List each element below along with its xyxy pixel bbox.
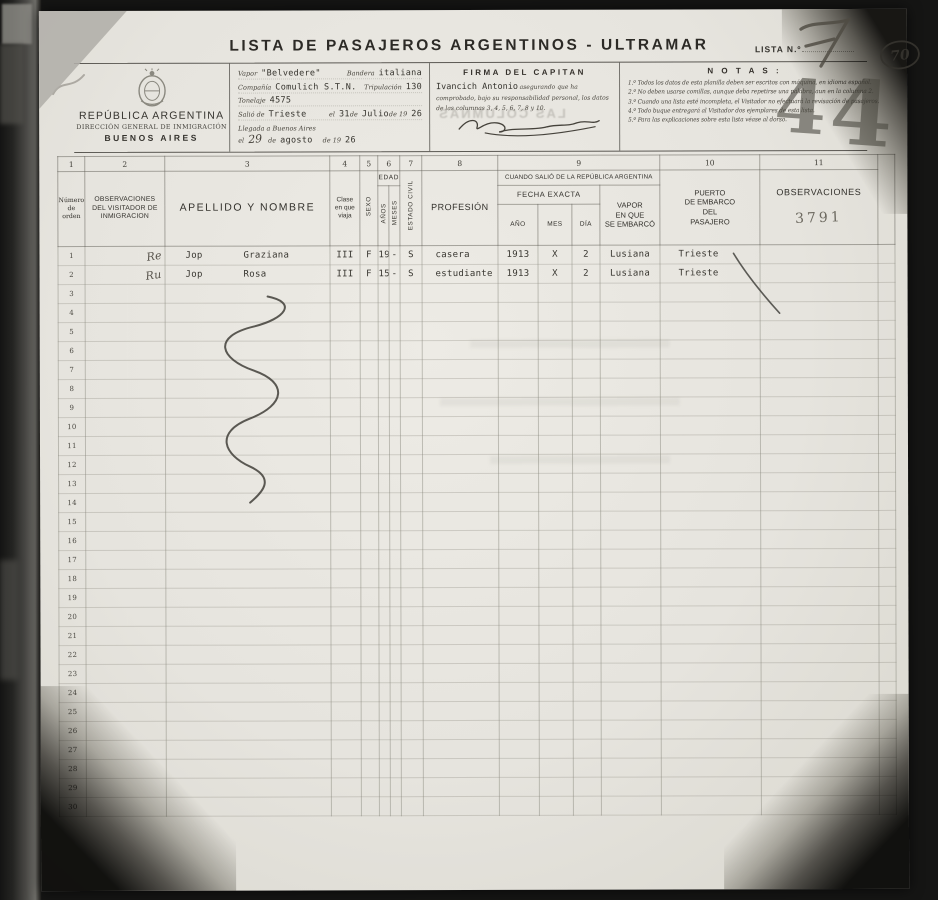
header-puerto: PUERTO DE EMBARCO DEL PASAJERO	[660, 170, 760, 245]
cell-puerto	[661, 682, 761, 701]
cell-observaciones	[761, 586, 879, 605]
cell-row-number: 16	[59, 532, 86, 551]
cell-puerto	[660, 378, 760, 397]
cell-margin-strip	[879, 795, 896, 814]
given-name-text: Rosa	[244, 270, 267, 280]
el-label: el	[329, 110, 335, 118]
cell-salida-dia	[573, 473, 601, 492]
cell-clase	[330, 398, 360, 417]
cell-clase	[330, 341, 360, 360]
cell-puerto: Trieste	[660, 245, 760, 264]
cell-sexo	[361, 550, 379, 569]
cell-profesion	[423, 606, 499, 625]
llegada-label: Llegada a Buenos Aires	[238, 124, 316, 132]
cell-row-number: 18	[59, 570, 86, 589]
cell-estado-civil	[401, 664, 423, 683]
cell-meses	[390, 740, 401, 759]
cell-margin-strip	[879, 567, 896, 586]
llegada-mes: agosto	[280, 135, 313, 145]
agency-city: BUENOS AIRES	[104, 133, 198, 143]
cell-salida-dia	[572, 302, 600, 321]
cell-vapor	[601, 777, 661, 796]
cell-clase	[331, 702, 361, 721]
cell-visitador-mark	[86, 455, 166, 474]
cell-profesion	[422, 435, 498, 454]
cell-apellido-nombre	[165, 284, 330, 303]
cell-meses	[390, 474, 401, 493]
cell-row-number: 14	[59, 494, 86, 513]
cell-meses	[389, 341, 400, 360]
cell-sexo	[361, 588, 379, 607]
cell-salida-dia	[572, 397, 600, 416]
cell-salida-mes	[539, 568, 573, 587]
cell-meses	[389, 303, 400, 322]
cell-salida-dia	[573, 530, 601, 549]
cell-clase	[331, 778, 361, 797]
cell-salida-mes	[539, 777, 573, 796]
header-estado-civil-label: ESTADO CIVIL	[407, 181, 414, 231]
cell-salida-mes	[539, 682, 573, 701]
cell-profesion	[423, 549, 499, 568]
cell-vapor	[601, 473, 661, 492]
salida-row: Salió de Trieste el 31 de Julio de 19 26	[238, 109, 422, 120]
cell-sexo	[361, 740, 379, 759]
cell-observaciones	[760, 377, 878, 396]
cell-salida-mes	[538, 435, 572, 454]
cell-row-number: 23	[59, 665, 86, 684]
cell-salida-mes	[539, 606, 573, 625]
table-row: 23	[59, 662, 896, 683]
cell-anos	[379, 512, 390, 531]
cell-sexo	[360, 417, 378, 436]
cell-salida-ano	[499, 663, 539, 682]
cell-puerto	[661, 454, 761, 473]
cell-profesion	[422, 359, 498, 378]
cell-visitador-mark: Re	[85, 246, 165, 265]
cell-estado-civil	[400, 341, 422, 360]
salio-label: Salió de	[238, 110, 265, 118]
header-row-1: Número de orden OBSERVACIONES DEL VISITA…	[58, 169, 895, 186]
cell-salida-ano	[499, 454, 539, 473]
cell-row-number: 13	[59, 475, 86, 494]
cell-observaciones	[761, 719, 879, 738]
cell-salida-mes	[538, 302, 572, 321]
cell-estado-civil	[400, 417, 422, 436]
cell-estado-civil	[401, 512, 423, 531]
cell-visitador-mark	[86, 493, 166, 512]
cell-estado-civil	[401, 474, 423, 493]
cell-row-number: 22	[59, 646, 86, 665]
cell-margin-strip	[879, 700, 896, 719]
cell-visitador-mark	[85, 360, 165, 379]
compania-row: Compañía Comulich S.T.N. Tripulación 130	[238, 82, 422, 93]
cell-observaciones	[761, 795, 879, 814]
cell-row-number: 25	[59, 703, 86, 722]
cell-clase	[331, 588, 361, 607]
cell-vapor	[600, 416, 660, 435]
cell-salida-dia	[573, 454, 601, 473]
table-row: 19	[59, 586, 896, 607]
cell-visitador-mark	[85, 284, 165, 303]
captain-box-title: FIRMA DEL CAPITAN	[436, 68, 613, 77]
cell-salida-dia	[573, 739, 601, 758]
cell-meses	[390, 797, 401, 816]
cell-anos	[379, 474, 390, 493]
cell-margin-strip	[878, 282, 895, 301]
cell-apellido-nombre	[166, 740, 331, 759]
cell-margin-strip	[878, 339, 895, 358]
cell-salida-ano	[499, 473, 539, 492]
cell-row-number: 30	[59, 798, 86, 817]
cell-profesion: estudiante	[422, 264, 498, 283]
cell-margin-strip	[879, 605, 896, 624]
table-row: 22	[59, 643, 896, 664]
cell-profesion: casera	[422, 245, 498, 264]
cell-meses	[390, 626, 401, 645]
cell-row-number: 10	[58, 418, 85, 437]
issuing-agency-box: REPÚBLICA ARGENTINA DIRECCIÓN GENERAL DE…	[74, 64, 229, 152]
cell-sexo	[361, 626, 379, 645]
cell-clase	[331, 721, 361, 740]
cell-anos	[379, 759, 390, 778]
cell-salida-dia	[573, 568, 601, 587]
cell-profesion	[423, 530, 499, 549]
table-row: 6	[58, 339, 895, 360]
cell-observaciones	[760, 263, 878, 282]
cell-observaciones	[761, 776, 879, 795]
spine-shadow	[0, 44, 24, 124]
cell-profesion	[423, 587, 499, 606]
cell-profesion	[423, 758, 499, 777]
cell-salida-dia	[573, 606, 601, 625]
cell-salida-dia	[572, 378, 600, 397]
cell-sexo	[360, 284, 378, 303]
cell-salida-dia: 2	[572, 245, 600, 264]
cell-profesion	[422, 416, 498, 435]
cell-salida-mes	[538, 321, 572, 340]
header-numero: Número de orden	[58, 172, 85, 247]
cell-puerto	[661, 587, 761, 606]
table-body: 1 Re JopGraziana III F 19 - S casera 191…	[58, 244, 897, 816]
header-cuando-salio: CUANDO SALIÓ DE LA REPÚBLICA ARGENTINA	[498, 170, 660, 185]
cell-puerto	[661, 511, 761, 530]
cell-salida-ano	[499, 625, 539, 644]
cell-apellido-nombre	[165, 379, 330, 398]
cell-margin-strip	[879, 662, 896, 681]
table-row: 28	[59, 757, 896, 778]
table-row: 12	[59, 453, 896, 474]
cell-margin-strip	[878, 244, 895, 263]
cell-estado-civil	[400, 398, 422, 417]
cell-apellido-nombre	[166, 778, 331, 797]
cell-vapor	[600, 283, 660, 302]
cell-meses: -	[389, 265, 400, 284]
cell-salida-mes	[538, 283, 572, 302]
cell-meses	[390, 512, 401, 531]
cell-visitador-mark	[86, 797, 166, 816]
cell-puerto	[660, 302, 760, 321]
header-observaciones: OBSERVACIONES 3791	[760, 169, 878, 244]
cell-salida-mes	[538, 340, 572, 359]
cell-visitador-mark	[86, 474, 166, 493]
form-header: REPÚBLICA ARGENTINA DIRECCIÓN GENERAL DE…	[74, 61, 867, 153]
cell-profesion	[423, 739, 499, 758]
cell-profesion	[423, 777, 499, 796]
cell-anos	[378, 322, 389, 341]
cell-profesion	[423, 454, 499, 473]
cell-meses	[389, 398, 400, 417]
cell-apellido-nombre	[166, 721, 331, 740]
cell-clase	[331, 740, 361, 759]
cell-visitador-mark	[86, 721, 166, 740]
cell-row-number: 3	[58, 285, 85, 304]
vapor-value: "Belvedere"	[261, 68, 321, 78]
cell-visitador-mark	[86, 569, 166, 588]
cell-puerto	[661, 663, 761, 682]
cell-sexo	[360, 322, 378, 341]
cell-row-number: 24	[59, 684, 86, 703]
cell-salida-mes	[539, 663, 573, 682]
cell-salida-ano	[499, 511, 539, 530]
cell-row-number: 29	[59, 779, 86, 798]
cell-meses	[390, 721, 401, 740]
cell-clase	[331, 607, 361, 626]
salida-puerto: Trieste	[269, 109, 307, 119]
cell-sexo	[361, 531, 379, 550]
cell-profesion	[423, 682, 499, 701]
cell-margin-strip	[878, 415, 895, 434]
cell-salida-mes	[539, 587, 573, 606]
cell-estado-civil	[401, 740, 423, 759]
captain-signature-box: FIRMA DEL CAPITAN Ivancich Antonio asegu…	[429, 63, 619, 151]
cell-profesion	[423, 796, 499, 815]
cell-salida-dia	[573, 492, 601, 511]
cell-apellido-nombre: JopGraziana	[165, 246, 330, 265]
cell-puerto: Trieste	[660, 264, 760, 283]
header-ano: AÑO	[498, 204, 538, 245]
cell-salida-dia	[573, 625, 601, 644]
cell-clase	[331, 455, 361, 474]
cell-vapor	[601, 663, 661, 682]
cell-salida-ano: 1913	[498, 264, 538, 283]
cell-vapor	[600, 397, 660, 416]
cell-apellido-nombre	[165, 303, 330, 322]
cell-visitador-mark	[85, 417, 165, 436]
cell-salida-dia	[573, 511, 601, 530]
cell-sexo	[361, 569, 379, 588]
cell-row-number: 8	[58, 380, 85, 399]
cell-apellido-nombre	[166, 512, 331, 531]
table-row: 20	[59, 605, 896, 626]
cell-puerto	[661, 530, 761, 549]
cell-margin-strip	[879, 681, 896, 700]
table-row: 21	[59, 624, 896, 645]
cell-salida-ano	[499, 606, 539, 625]
header-anos-label: AÑOS	[380, 203, 387, 223]
cell-puerto	[661, 606, 761, 625]
header-sexo: SEXO	[360, 171, 378, 246]
cell-clase	[331, 569, 361, 588]
cell-visitador-mark	[86, 740, 166, 759]
cell-salida-ano	[498, 359, 538, 378]
cell-salida-dia	[573, 549, 601, 568]
cell-meses	[389, 322, 400, 341]
cell-estado-civil	[400, 436, 422, 455]
cell-anos	[379, 702, 390, 721]
cell-sexo	[361, 455, 379, 474]
cell-clase	[330, 303, 360, 322]
cell-visitador-mark	[85, 341, 165, 360]
cell-observaciones	[761, 681, 879, 700]
cell-margin-strip	[879, 586, 896, 605]
cell-anos	[379, 683, 390, 702]
cell-margin-strip	[879, 776, 896, 795]
cell-observaciones	[760, 282, 878, 301]
table-row: 18	[59, 567, 896, 588]
cell-observaciones	[760, 320, 878, 339]
cell-estado-civil	[401, 531, 423, 550]
table-row: 3	[58, 282, 895, 303]
cell-row-number: 9	[58, 399, 85, 418]
cell-apellido-nombre	[166, 683, 331, 702]
cell-anos	[379, 455, 390, 474]
cell-visitador-mark	[85, 322, 165, 341]
compania-label: Compañía	[238, 83, 271, 91]
cell-salida-ano	[499, 587, 539, 606]
cell-anos	[379, 664, 390, 683]
header-mes: MES	[538, 204, 572, 245]
cell-vapor	[601, 739, 661, 758]
cell-meses	[389, 284, 400, 303]
table-header: 1 2 3 4 5 6 7 8 9 10 11 Número de	[58, 154, 895, 246]
cell-salida-dia	[573, 644, 601, 663]
table-row: 4	[58, 301, 895, 322]
cell-margin-strip	[878, 396, 895, 415]
cell-salida-ano	[499, 492, 539, 511]
tonelaje-label: Tonelaje	[238, 97, 266, 105]
cell-profesion	[422, 397, 498, 416]
header-edad: EDAD	[378, 171, 400, 186]
cell-observaciones	[760, 358, 878, 377]
cell-puerto	[661, 549, 761, 568]
cell-salida-dia: 2	[572, 264, 600, 283]
cell-margin-strip	[879, 510, 896, 529]
table-row: 30	[59, 795, 896, 816]
cell-estado-civil	[401, 645, 423, 664]
cell-apellido-nombre	[166, 550, 331, 569]
cell-puerto	[661, 720, 761, 739]
cell-salida-mes	[539, 720, 573, 739]
cell-apellido-nombre: JopRosa	[165, 265, 330, 284]
cell-vapor	[601, 758, 661, 777]
cell-salida-mes	[538, 397, 572, 416]
cell-anos	[379, 493, 390, 512]
cell-sexo: F	[360, 265, 378, 284]
cell-visitador-mark	[86, 512, 166, 531]
table-row: 7	[58, 358, 895, 379]
cell-anos	[379, 797, 390, 816]
cell-anos: 15	[378, 265, 389, 284]
cell-meses	[390, 607, 401, 626]
cell-puerto	[661, 473, 761, 492]
vapor-row: Vapor "Belvedere" Bandera italiana	[238, 68, 422, 79]
cell-profesion	[423, 568, 499, 587]
cell-anos	[378, 417, 389, 436]
cell-sexo	[360, 398, 378, 417]
cell-meses	[390, 778, 401, 797]
cell-clase	[331, 664, 361, 683]
cell-observaciones	[761, 757, 879, 776]
cell-apellido-nombre	[165, 360, 330, 379]
cell-anos	[378, 436, 389, 455]
cell-clase	[331, 512, 361, 531]
cell-margin-strip	[879, 453, 896, 472]
cell-anos	[379, 607, 390, 626]
cell-meses	[390, 569, 401, 588]
cell-salida-dia	[573, 796, 601, 815]
salida-mes: Julio	[362, 109, 389, 119]
table-row: 15	[59, 510, 896, 531]
cell-salida-dia	[572, 283, 600, 302]
cell-meses: -	[389, 246, 400, 265]
cell-salida-ano	[498, 378, 538, 397]
cell-vapor	[601, 454, 661, 473]
passenger-table: 1 2 3 4 5 6 7 8 9 10 11 Número de	[57, 154, 897, 817]
cell-row-number: 7	[58, 361, 85, 380]
table-row: 24	[59, 681, 896, 702]
cell-profesion	[423, 492, 499, 511]
cell-salida-mes	[538, 359, 572, 378]
cell-meses	[390, 455, 401, 474]
col-number: 9	[498, 155, 660, 170]
cell-profesion	[422, 340, 498, 359]
cell-salida-mes	[539, 758, 573, 777]
cell-vapor	[601, 682, 661, 701]
cell-estado-civil	[401, 607, 423, 626]
cell-apellido-nombre	[166, 569, 331, 588]
cell-observaciones	[760, 396, 878, 415]
cell-margin-strip	[878, 301, 895, 320]
cell-puerto	[661, 739, 761, 758]
cell-clase	[331, 626, 361, 645]
agency-name: REPÚBLICA ARGENTINA	[79, 110, 224, 122]
photographed-register-page: LISTA DE PASAJEROS ARGENTINOS - ULTRAMAR…	[0, 0, 938, 900]
col-number: 7	[400, 156, 422, 171]
cell-estado-civil	[401, 550, 423, 569]
header-estado-civil: ESTADO CIVIL	[400, 171, 422, 246]
cell-profesion	[422, 378, 498, 397]
cell-anos	[379, 626, 390, 645]
llegada-ano: 26	[345, 135, 356, 145]
cell-meses	[390, 588, 401, 607]
cell-estado-civil	[401, 569, 423, 588]
cell-clase	[330, 379, 360, 398]
cell-row-number: 19	[59, 589, 86, 608]
cell-clase	[331, 797, 361, 816]
table-row: 9	[58, 396, 895, 417]
cell-apellido-nombre	[166, 759, 331, 778]
cell-visitador-mark	[86, 702, 166, 721]
header-visitador: OBSERVACIONES DEL VISITADOR DE INMIGRACI…	[85, 171, 165, 246]
cell-row-number: 11	[58, 437, 85, 456]
table-row: 17	[59, 548, 896, 569]
cell-salida-ano	[499, 644, 539, 663]
cell-salida-ano: 1913	[498, 245, 538, 264]
stamp-digit: 4	[827, 67, 896, 161]
cell-salida-ano	[499, 549, 539, 568]
cell-salida-dia	[573, 663, 601, 682]
cell-visitador-mark	[85, 303, 165, 322]
